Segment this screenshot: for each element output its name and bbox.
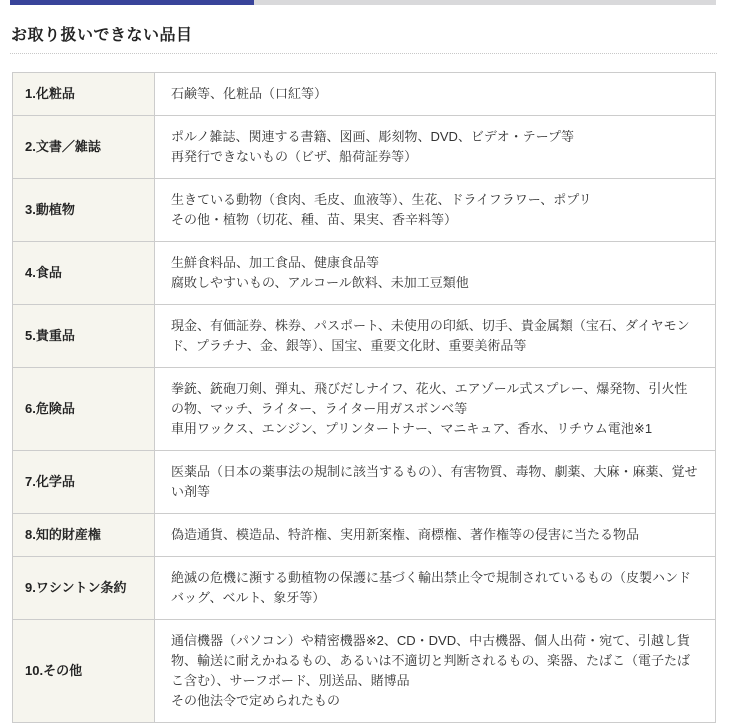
row-category: 3.動植物	[13, 179, 155, 242]
row-category: 6.危険品	[13, 368, 155, 451]
table-row: 7.化学品医薬品（日本の薬事法の規制に該当するもの）、有害物質、毒物、劇薬、大麻…	[13, 451, 716, 514]
table-row: 1.化粧品石鹸等、化粧品（口紅等）	[13, 73, 716, 116]
row-items: 通信機器（パソコン）や精密機器※2、CD・DVD、中古機器、個人出荷・宛て、引越…	[155, 620, 716, 723]
row-items: 生鮮食料品、加工食品、健康食品等腐敗しやすいもの、アルコール飲料、未加工豆類他	[155, 242, 716, 305]
table-row: 2.文書／雑誌ポルノ雑誌、関連する書籍、図画、彫刻物、DVD、ビデオ・テープ等再…	[13, 116, 716, 179]
row-items: 生きている動物（食肉、毛皮、血液等）、生花、ドライフラワー、ポプリその他・植物（…	[155, 179, 716, 242]
table-row: 8.知的財産権偽造通貨、模造品、特許権、実用新案権、商標権、著作権等の侵害に当た…	[13, 514, 716, 557]
table-row: 5.貴重品現金、有価証券、株券、パスポート、未使用の印紙、切手、貴金属類（宝石、…	[13, 305, 716, 368]
row-items: 偽造通貨、模造品、特許権、実用新案権、商標権、著作権等の侵害に当たる物品	[155, 514, 716, 557]
row-category: 8.知的財産権	[13, 514, 155, 557]
table-row: 10.その他通信機器（パソコン）や精密機器※2、CD・DVD、中古機器、個人出荷…	[13, 620, 716, 723]
table-row: 3.動植物生きている動物（食肉、毛皮、血液等）、生花、ドライフラワー、ポプリその…	[13, 179, 716, 242]
row-category: 5.貴重品	[13, 305, 155, 368]
restricted-items-table: 1.化粧品石鹸等、化粧品（口紅等）2.文書／雑誌ポルノ雑誌、関連する書籍、図画、…	[12, 72, 716, 723]
top-bar	[10, 0, 716, 5]
row-items: 現金、有価証券、株券、パスポート、未使用の印紙、切手、貴金属類（宝石、ダイヤモン…	[155, 305, 716, 368]
row-items: 医薬品（日本の薬事法の規制に該当するもの）、有害物質、毒物、劇薬、大麻・麻薬、覚…	[155, 451, 716, 514]
row-items: 絶滅の危機に瀕する動植物の保護に基づく輸出禁止令で規制されているもの（皮製ハンド…	[155, 557, 716, 620]
row-category: 7.化学品	[13, 451, 155, 514]
row-category: 2.文書／雑誌	[13, 116, 155, 179]
row-category: 1.化粧品	[13, 73, 155, 116]
row-items: 拳銃、銃砲刀剣、弾丸、飛びだしナイフ、花火、エアゾール式スプレー、爆発物、引火性…	[155, 368, 716, 451]
top-bar-accent	[10, 0, 254, 5]
row-items: ポルノ雑誌、関連する書籍、図画、彫刻物、DVD、ビデオ・テープ等再発行できないも…	[155, 116, 716, 179]
restricted-items-table-body: 1.化粧品石鹸等、化粧品（口紅等）2.文書／雑誌ポルノ雑誌、関連する書籍、図画、…	[13, 73, 716, 723]
table-row: 9.ワシントン条約絶滅の危機に瀕する動植物の保護に基づく輸出禁止令で規制されてい…	[13, 557, 716, 620]
table-row: 6.危険品拳銃、銃砲刀剣、弾丸、飛びだしナイフ、花火、エアゾール式スプレー、爆発…	[13, 368, 716, 451]
page-title: お取り扱いできない品目	[11, 22, 193, 45]
row-category: 9.ワシントン条約	[13, 557, 155, 620]
dotted-separator	[10, 53, 717, 54]
table-row: 4.食品生鮮食料品、加工食品、健康食品等腐敗しやすいもの、アルコール飲料、未加工…	[13, 242, 716, 305]
row-category: 4.食品	[13, 242, 155, 305]
page: お取り扱いできない品目 1.化粧品石鹸等、化粧品（口紅等）2.文書／雑誌ポルノ雑…	[0, 0, 735, 725]
row-items: 石鹸等、化粧品（口紅等）	[155, 73, 716, 116]
row-category: 10.その他	[13, 620, 155, 723]
